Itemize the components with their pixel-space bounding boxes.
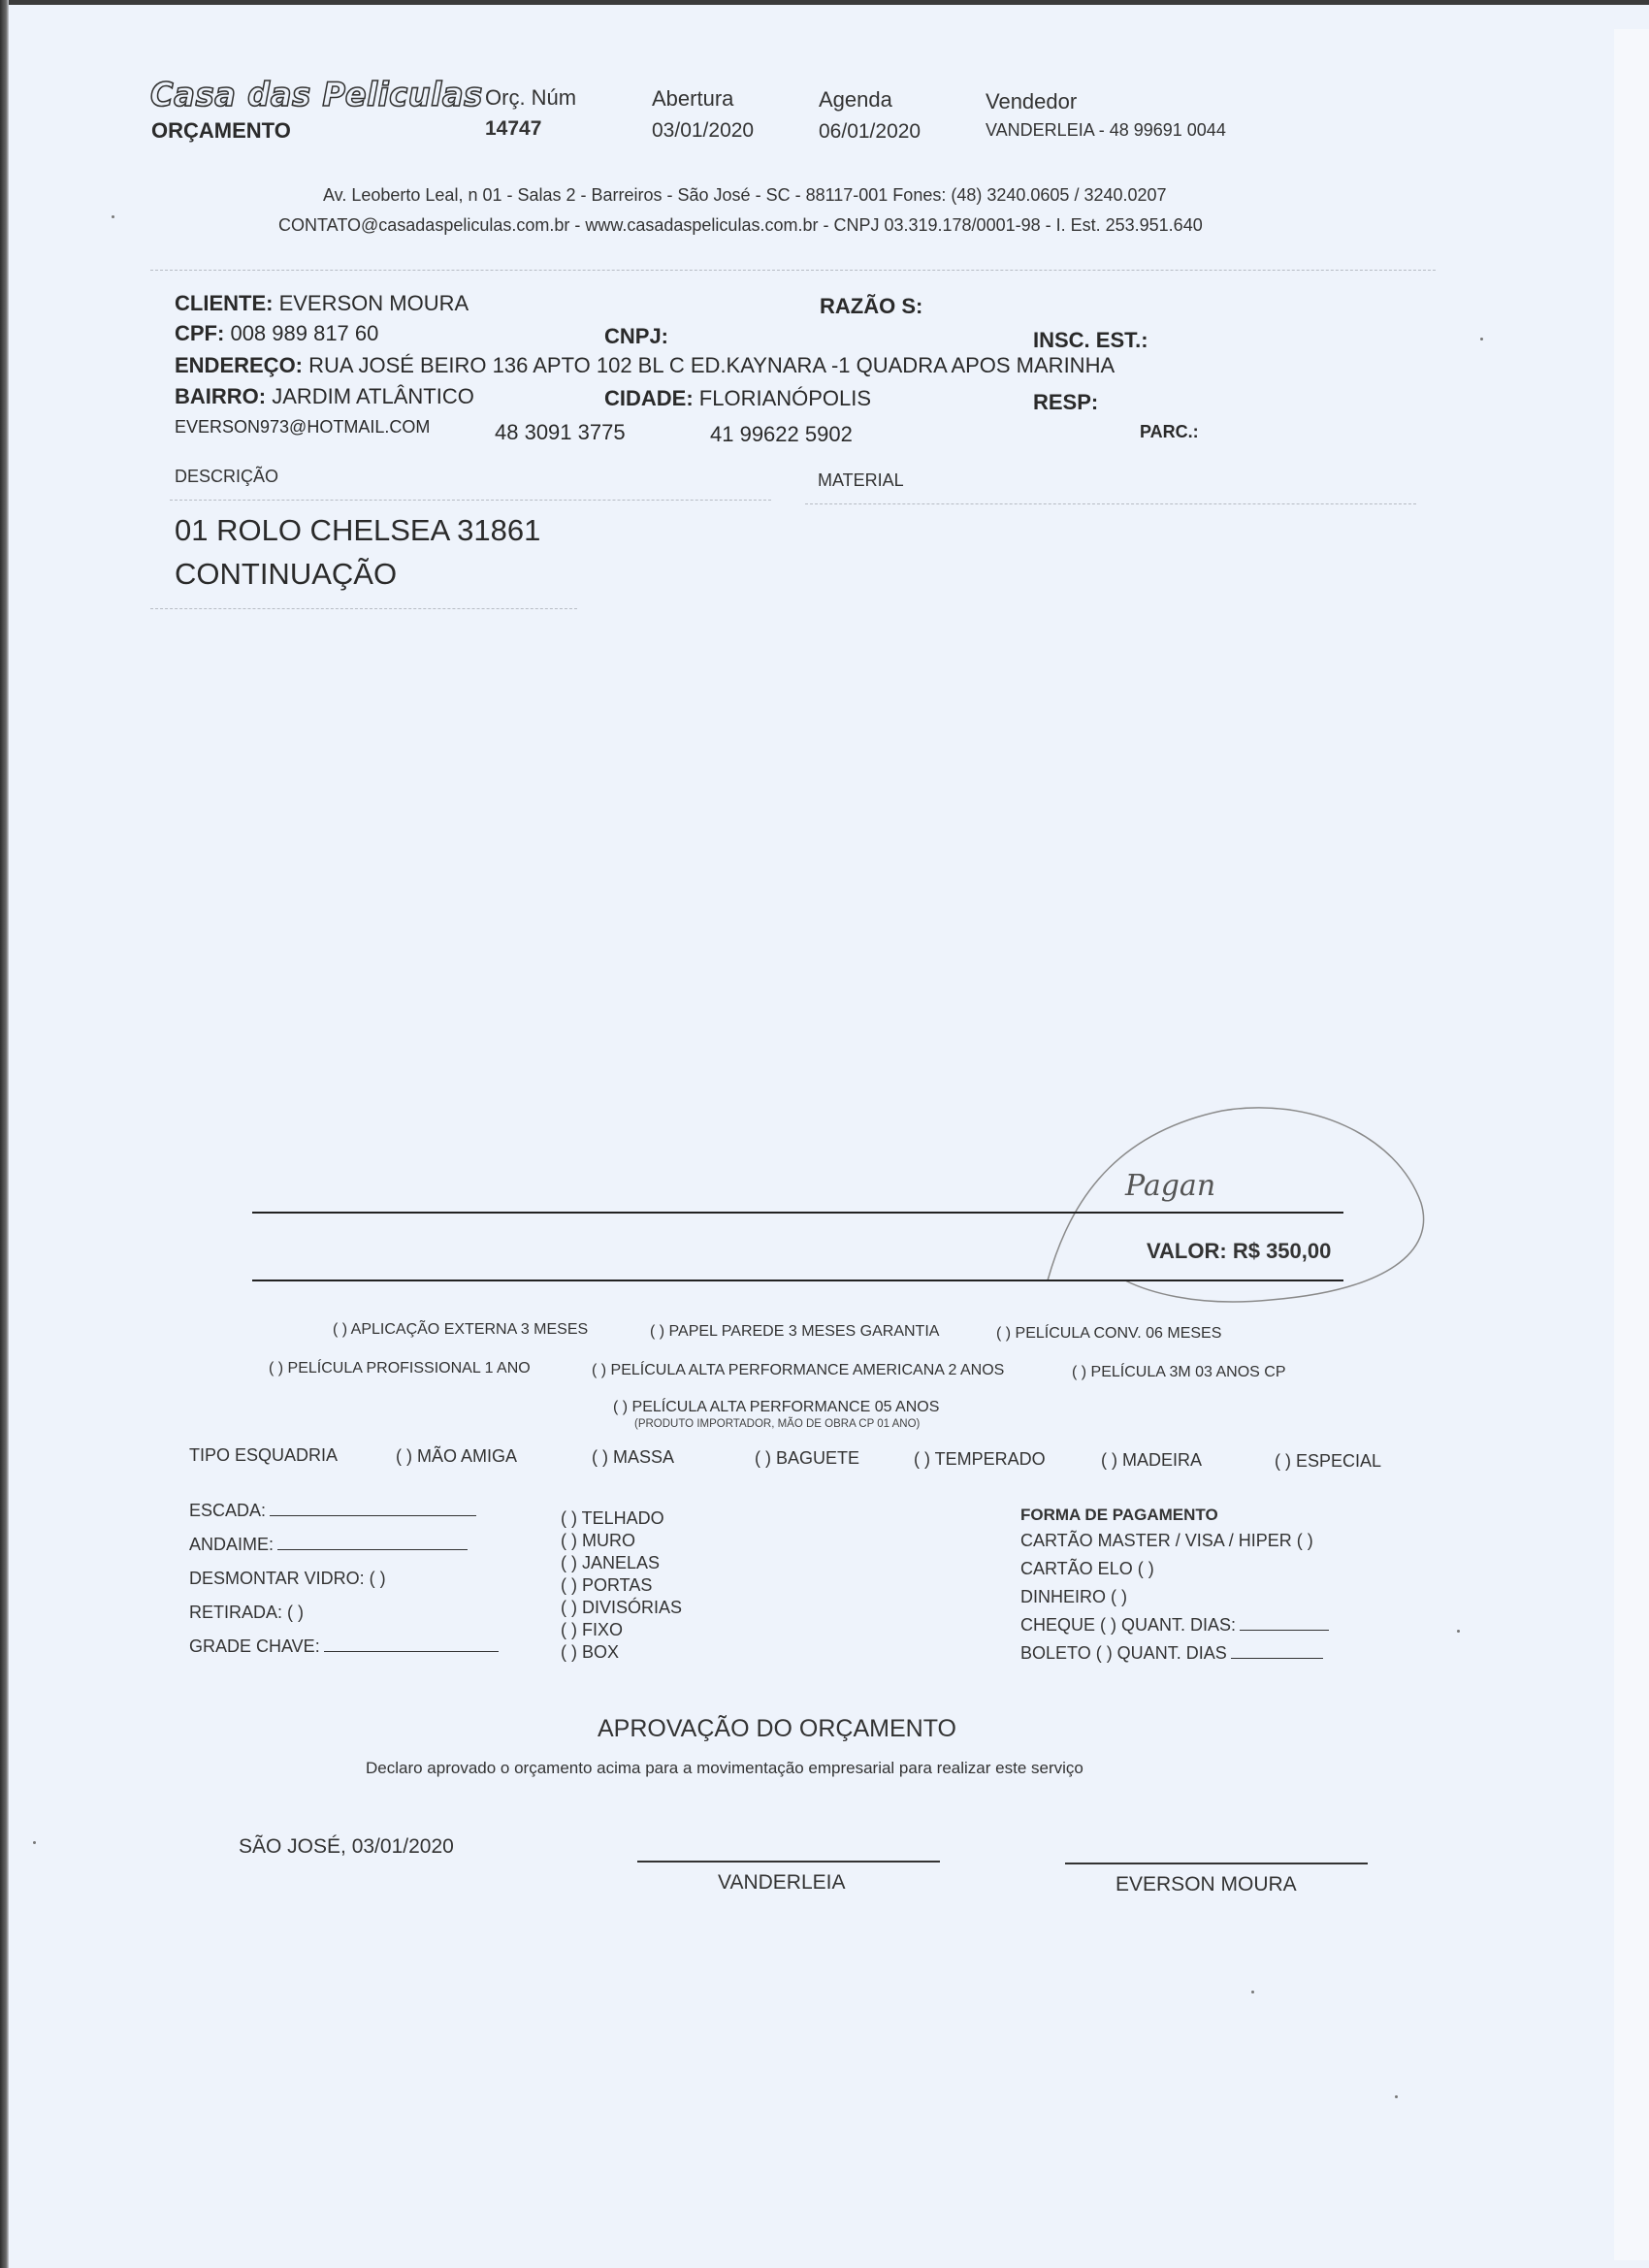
client-label: CLIENTE:: [175, 291, 273, 315]
check-days-input-line[interactable]: [1240, 1616, 1329, 1631]
company-address: Av. Leoberto Leal, n 01 - Salas 2 - Barr…: [323, 185, 1167, 206]
payment-cash[interactable]: DINHEIRO ( ): [1020, 1587, 1127, 1607]
quote-number-value: 14747: [485, 117, 541, 141]
opening-date-label: Abertura: [652, 86, 733, 112]
place-and-date: SÃO JOSÉ, 03/01/2020: [239, 1835, 454, 1859]
payment-elo-card[interactable]: CARTÃO ELO ( ): [1020, 1559, 1154, 1579]
frame-option-madeira[interactable]: ( ) MADEIRA: [1101, 1450, 1202, 1471]
neighborhood-row: BAIRRO: JARDIM ATLÂNTICO: [175, 384, 474, 409]
client-name: EVERSON MOURA: [279, 291, 469, 315]
company-logo: Casa das Peliculas: [150, 76, 483, 114]
scan-speck: [1395, 2095, 1398, 2098]
location-wall[interactable]: ( ) MURO: [561, 1531, 635, 1551]
location-box[interactable]: ( ) BOX: [561, 1642, 619, 1663]
remove-glass-option[interactable]: DESMONTAR VIDRO: ( ): [189, 1569, 386, 1589]
frame-option-temperado[interactable]: ( ) TEMPERADO: [914, 1449, 1046, 1470]
payment-credit-card[interactable]: CARTÃO MASTER / VISA / HIPER ( ): [1020, 1531, 1313, 1551]
key-grid-input-line[interactable]: [324, 1637, 499, 1652]
location-roof[interactable]: ( ) TELHADO: [561, 1508, 664, 1529]
frame-option-baguete[interactable]: ( ) BAGUETE: [755, 1448, 859, 1469]
option-high-performance-5y[interactable]: ( ) PELÍCULA ALTA PERFORMANCE 05 ANOS: [613, 1399, 939, 1416]
scan-speck: [1480, 338, 1483, 340]
cpf-label: CPF:: [175, 321, 224, 345]
divider: [170, 500, 771, 501]
option-note: (PRODUTO IMPORTADOR, MÃO DE OBRA CP 01 A…: [634, 1418, 920, 1430]
company-contact: CONTATO@casadaspeliculas.com.br - www.ca…: [278, 215, 1203, 236]
divider: [150, 270, 1436, 271]
city-value: FLORIANÓPOLIS: [699, 386, 871, 410]
razao-social-label: RAZÃO S:: [820, 294, 922, 319]
parc-label: PARC.:: [1140, 422, 1199, 442]
payment-boleto-label: BOLETO ( ) QUANT. DIAS: [1020, 1643, 1227, 1663]
client-signature-name: EVERSON MOURA: [1115, 1873, 1297, 1896]
scan-border-top: [0, 0, 1649, 5]
handwritten-circle-annotation: [1028, 1096, 1436, 1319]
total-value-row: VALOR: R$ 350,00: [1147, 1239, 1331, 1264]
resp-label: RESP:: [1033, 390, 1098, 415]
total-line-top: [252, 1212, 1343, 1214]
removal-option[interactable]: RETIRADA: ( ): [189, 1603, 304, 1623]
location-partitions[interactable]: ( ) DIVISÓRIAS: [561, 1598, 682, 1618]
description-item: 01 ROLO CHELSEA 31861: [175, 513, 540, 548]
seller-signature-line[interactable]: [637, 1861, 940, 1863]
client-phone-1: 48 3091 3775: [495, 420, 626, 445]
description-label: DESCRIÇÃO: [175, 467, 278, 487]
schedule-date-label: Agenda: [819, 87, 892, 113]
location-doors[interactable]: ( ) PORTAS: [561, 1575, 652, 1596]
insc-est-label: INSC. EST.:: [1033, 328, 1148, 353]
document-title: ORÇAMENTO: [151, 118, 291, 144]
client-name-row: CLIENTE: EVERSON MOURA: [175, 291, 469, 316]
approval-statement: Declaro aprovado o orçamento acima para …: [366, 1759, 1083, 1778]
scan-speck: [1457, 1630, 1460, 1633]
scan-speck: [112, 215, 114, 218]
opening-date-value: 03/01/2020: [652, 119, 754, 143]
ladder-input-line[interactable]: [270, 1502, 476, 1516]
frame-option-especial[interactable]: ( ) ESPECIAL: [1275, 1451, 1381, 1472]
seller-signature-name: VANDERLEIA: [718, 1871, 846, 1895]
approval-title: APROVAÇÃO DO ORÇAMENTO: [598, 1715, 956, 1743]
option-american-high-performance[interactable]: ( ) PELÍCULA ALTA PERFORMANCE AMERICANA …: [592, 1362, 1004, 1379]
client-email: EVERSON973@HOTMAIL.COM: [175, 417, 430, 437]
scaffold-field[interactable]: ANDAIME:: [189, 1535, 468, 1555]
scaffold-label: ANDAIME:: [189, 1535, 274, 1554]
key-grid-label: GRADE CHAVE:: [189, 1636, 320, 1656]
frame-option-mao-amiga[interactable]: ( ) MÃO AMIGA: [396, 1446, 517, 1467]
divider: [150, 608, 577, 609]
total-label: VALOR:: [1147, 1239, 1227, 1263]
ladder-field[interactable]: ESCADA:: [189, 1501, 476, 1521]
option-wallpaper[interactable]: ( ) PAPEL PAREDE 3 MESES GARANTIA: [650, 1323, 939, 1341]
neighborhood-value: JARDIM ATLÂNTICO: [272, 384, 474, 408]
payment-check-label: CHEQUE ( ) QUANT. DIAS:: [1020, 1615, 1236, 1635]
total-value: R$ 350,00: [1233, 1239, 1332, 1263]
client-phone-2: 41 99622 5902: [710, 422, 853, 447]
scaffold-input-line[interactable]: [277, 1536, 468, 1550]
schedule-date-value: 06/01/2020: [819, 120, 921, 144]
option-external-application[interactable]: ( ) APLICAÇÃO EXTERNA 3 MESES: [333, 1321, 588, 1339]
material-label: MATERIAL: [818, 470, 904, 491]
cnpj-label: CNPJ:: [604, 324, 668, 349]
location-fixed[interactable]: ( ) FIXO: [561, 1620, 623, 1640]
payment-boleto[interactable]: BOLETO ( ) QUANT. DIAS: [1020, 1643, 1323, 1664]
location-windows[interactable]: ( ) JANELAS: [561, 1553, 660, 1573]
seller-label: Vendedor: [986, 89, 1077, 114]
scan-speck: [1251, 1991, 1254, 1993]
payment-check[interactable]: CHEQUE ( ) QUANT. DIAS:: [1020, 1615, 1329, 1636]
option-professional-film[interactable]: ( ) PELÍCULA PROFISSIONAL 1 ANO: [269, 1360, 531, 1377]
description-item: CONTINUAÇÃO: [175, 557, 397, 592]
option-3m-film[interactable]: ( ) PELÍCULA 3M 03 ANOS CP: [1072, 1364, 1286, 1381]
address-label: ENDEREÇO:: [175, 353, 303, 377]
neighborhood-label: BAIRRO:: [175, 384, 266, 408]
frame-option-massa[interactable]: ( ) MASSA: [592, 1447, 674, 1468]
option-conventional-film[interactable]: ( ) PELÍCULA CONV. 06 MESES: [996, 1325, 1221, 1343]
boleto-days-input-line[interactable]: [1231, 1644, 1323, 1659]
key-grid-field[interactable]: GRADE CHAVE:: [189, 1636, 499, 1657]
city-label: CIDADE:: [604, 386, 694, 410]
seller-value: VANDERLEIA - 48 99691 0044: [986, 120, 1226, 141]
ladder-label: ESCADA:: [189, 1501, 266, 1520]
scan-speck: [33, 1841, 36, 1844]
divider: [805, 503, 1416, 504]
client-signature-line[interactable]: [1065, 1863, 1368, 1864]
city-row: CIDADE: FLORIANÓPOLIS: [604, 386, 871, 411]
quote-number-label: Orç. Núm: [485, 85, 576, 111]
address-value: RUA JOSÉ BEIRO 136 APTO 102 BL C ED.KAYN…: [308, 353, 1115, 377]
address-row: ENDEREÇO: RUA JOSÉ BEIRO 136 APTO 102 BL…: [175, 353, 1115, 378]
paper-edge: [1614, 29, 1649, 2260]
scan-border-left: [0, 0, 9, 2268]
cpf-value: 008 989 817 60: [230, 321, 378, 345]
total-line-bottom: [252, 1280, 1343, 1281]
frame-type-label: TIPO ESQUADRIA: [189, 1445, 338, 1466]
payment-title: FORMA DE PAGAMENTO: [1020, 1506, 1218, 1525]
handwritten-paid-note: Pagan: [1125, 1169, 1215, 1203]
cpf-row: CPF: 008 989 817 60: [175, 321, 378, 346]
